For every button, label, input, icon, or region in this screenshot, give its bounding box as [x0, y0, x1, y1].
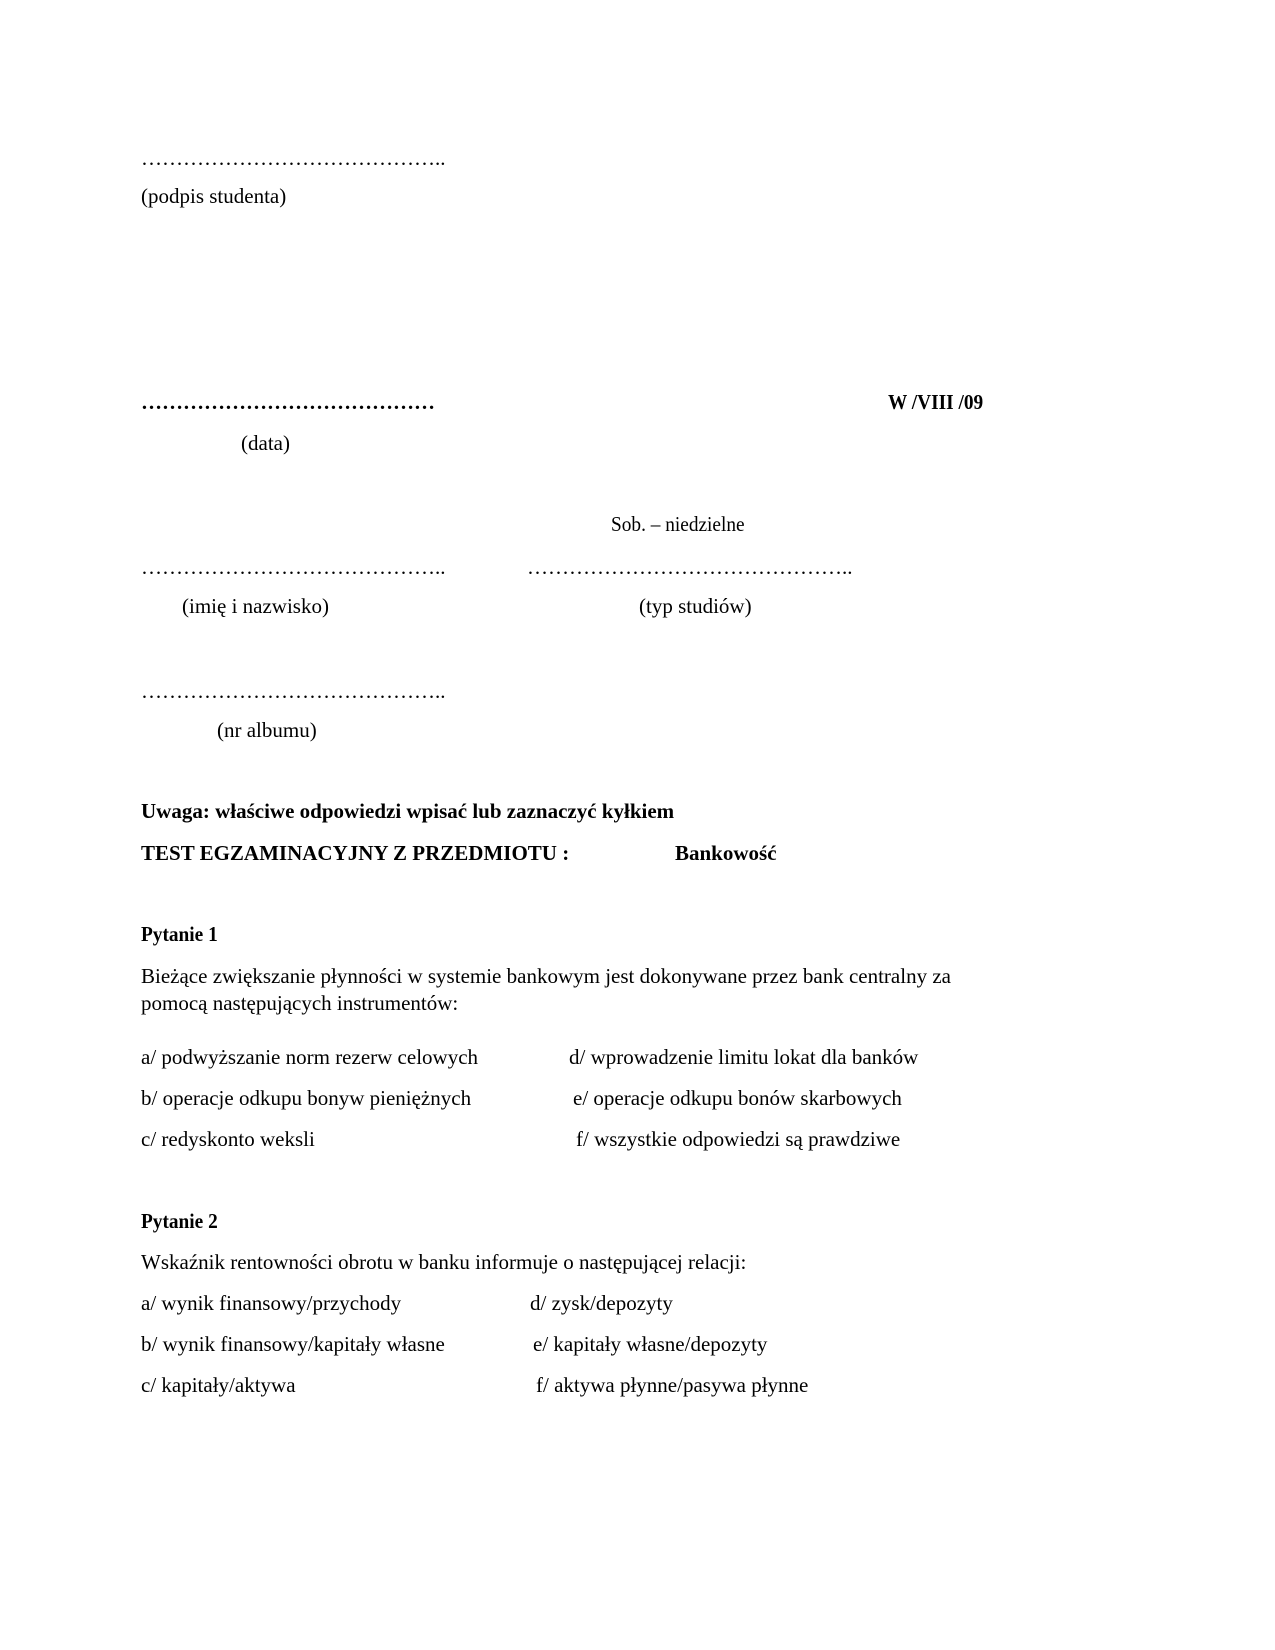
study-type-label: (typ studiów)	[639, 596, 752, 617]
date-dotted-line[interactable]: ……………………………………	[141, 392, 435, 413]
album-label: (nr albumu)	[217, 720, 317, 741]
question-2-answer-f[interactable]: f/ aktywa płynne/pasywa płynne	[536, 1375, 808, 1396]
album-dotted-line[interactable]: ……………………………………..	[141, 681, 446, 702]
date-label: (data)	[241, 433, 290, 454]
question-1-answer-b[interactable]: b/ operacje odkupu bonyw pieniężnych	[141, 1088, 471, 1109]
signature-label: (podpis studenta)	[141, 186, 286, 207]
question-2-answer-c[interactable]: c/ kapitały/aktywa	[141, 1375, 296, 1396]
study-mode: Sob. – niedzielne	[611, 514, 745, 535]
test-title: TEST EGZAMINACYJNY Z PRZEDMIOTU :	[141, 843, 569, 864]
question-2-answer-d[interactable]: d/ zysk/depozyty	[530, 1293, 673, 1314]
question-2-answer-b[interactable]: b/ wynik finansowy/kapitały własne	[141, 1334, 445, 1355]
name-label: (imię i nazwisko)	[182, 596, 329, 617]
question-2-answer-a[interactable]: a/ wynik finansowy/przychody	[141, 1293, 401, 1314]
instructions-note: Uwaga: właściwe odpowiedzi wpisać lub za…	[141, 801, 674, 822]
document-code: W /VIII /09	[888, 392, 983, 413]
question-1-answer-c[interactable]: c/ redyskonto weksli	[141, 1129, 315, 1150]
question-1-answer-a[interactable]: a/ podwyższanie norm rezerw celowych	[141, 1047, 478, 1068]
study-type-dotted-line[interactable]: ………………………………………..	[527, 557, 853, 578]
test-title-prefix: TEST EGZAMINACYJNY Z PRZEDMIOTU :	[141, 841, 569, 865]
question-2-answer-e[interactable]: e/ kapitały własne/depozyty	[533, 1334, 767, 1355]
test-subject: Bankowość	[675, 843, 777, 864]
question-2-text: Wskaźnik rentowności obrotu w banku info…	[141, 1252, 746, 1273]
question-1-text-line1: Bieżące zwiększanie płynności w systemie…	[141, 966, 951, 987]
name-dotted-line[interactable]: ……………………………………..	[141, 557, 446, 578]
question-1-answer-e[interactable]: e/ operacje odkupu bonów skarbowych	[573, 1088, 902, 1109]
signature-dotted-line[interactable]: ……………………………………..	[141, 148, 446, 169]
question-1-text-line2: pomocą następujących instrumentów:	[141, 993, 458, 1014]
question-2-title: Pytanie 2	[141, 1211, 218, 1232]
question-1-answer-f[interactable]: f/ wszystkie odpowiedzi są prawdziwe	[576, 1129, 900, 1150]
question-1-answer-d[interactable]: d/ wprowadzenie limitu lokat dla banków	[569, 1047, 918, 1068]
question-1-title: Pytanie 1	[141, 924, 218, 945]
